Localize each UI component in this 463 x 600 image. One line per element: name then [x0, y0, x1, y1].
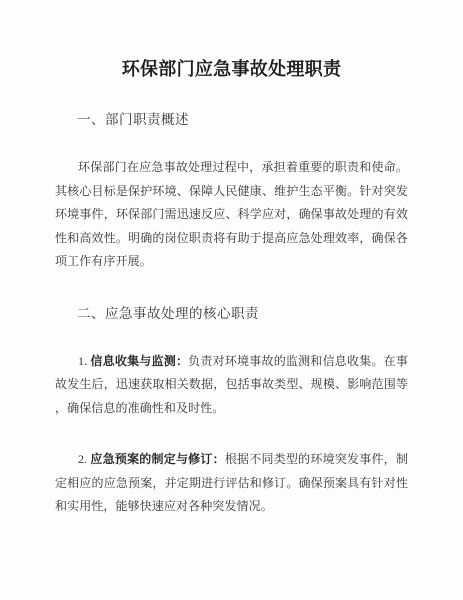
document-title: 环保部门应急事故处理职责	[55, 56, 408, 82]
item-1-label: 信息收集与监测：	[90, 354, 188, 368]
section-heading-1: 一、部门职责概述	[55, 108, 408, 132]
section-1-paragraph: 环保部门在应急事故处理过程中，承担着重要的职责和使命。其核心目标是保护环境、保障…	[55, 156, 408, 274]
list-item-1: 1. 信息收集与监测：负责对环境事故的监测和信息收集。在事故发生后，迅速获取相关…	[55, 350, 408, 421]
item-2-number: 2.	[78, 452, 90, 466]
item-2-label: 应急预案的制定与修订：	[90, 452, 224, 466]
section-heading-2: 二、应急事故处理的核心职责	[55, 302, 408, 326]
document-page: 环保部门应急事故处理职责 一、部门职责概述 环保部门在应急事故处理过程中，承担着…	[0, 0, 463, 600]
item-1-number: 1.	[78, 354, 90, 368]
list-item-2: 2. 应急预案的制定与修订：根据不同类型的环境突发事件，制定相应的应急预案，并定…	[55, 448, 408, 519]
